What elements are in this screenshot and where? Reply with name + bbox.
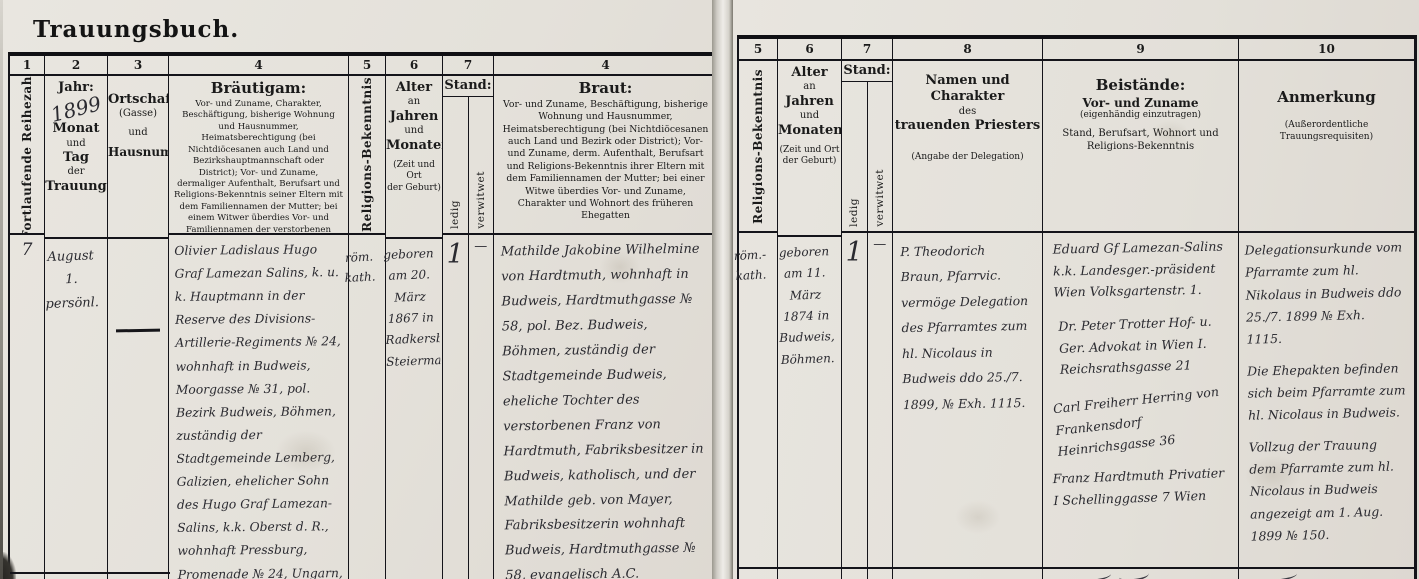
- entry-stand-groom: 1 —: [443, 235, 493, 579]
- datum-header-cell: Jahr: 1899 Monat und Tag der Trauung: [45, 76, 107, 239]
- column-number-9: 9: [1043, 39, 1238, 61]
- religion-header-label: Religions-Bekenntnis: [751, 69, 765, 224]
- anmerkung-paragraph: Vollzug der Trauung dem Pfarramte zum hl…: [1249, 433, 1409, 548]
- column-religion-groom: 5 Religions-Bekenntnis röm. kath.: [349, 56, 386, 579]
- und-label: und: [386, 125, 442, 138]
- an-label: an: [386, 96, 442, 109]
- braeutigam-header-cell: Bräutigam: Vor- und Zuname, Charakter, B…: [169, 76, 348, 235]
- ledig-label: ledig: [848, 198, 860, 227]
- priester-header-cell: Namen und Charakter des trauenden Priest…: [893, 61, 1042, 233]
- trauender-priester-label: trauenden Priesters: [893, 118, 1042, 134]
- entry-datum: August 1. persönl.: [39, 238, 113, 579]
- verwitwet-label: verwitwet: [874, 169, 886, 227]
- column-anmerkung: 10 Anmerkung (Außerordentliche Trauungsr…: [1239, 39, 1415, 579]
- alter-header-cell: Alter an Jahren und Monaten (Zeit und Or…: [778, 61, 841, 237]
- column-number-1: 1: [10, 56, 44, 76]
- entry-verwitwet-groom: —: [468, 235, 494, 579]
- witness-signature: Eduard Gf Lamezan-Salins k.k. Landesger.…: [1052, 235, 1232, 303]
- book-title: Trauungsbuch.: [33, 16, 239, 43]
- next-row-ink-fragment: [1119, 569, 1150, 579]
- braut-title: Braut:: [494, 79, 717, 97]
- entry-stand-bride: 1 —: [842, 233, 892, 579]
- religion-header-cell: Religions-Bekenntnis: [349, 76, 385, 235]
- ortschaft-label: Ortschaft: [108, 92, 168, 108]
- register-left-page: Trauungsbuch. 1 Fortlaufende Reihezahl 7…: [0, 0, 716, 579]
- anmerkung-header-cell: Anmerkung (Außerordentliche Trauungsrequ…: [1239, 61, 1414, 233]
- next-row-separator-left: [10, 572, 170, 574]
- beistaende-title: Beistände:: [1043, 76, 1238, 94]
- entry-anmerkung: Delegationsurkunde vom Pfarramte zum hl.…: [1235, 231, 1417, 579]
- column-number-5: 5: [739, 39, 777, 61]
- entry-ledig-bride: 1: [842, 233, 867, 579]
- column-priester: 8 Namen und Charakter des trauenden Prie…: [893, 39, 1043, 579]
- der-label: der: [45, 166, 107, 179]
- witness-signature: Franz Hardtmuth Privatier I Schellinggas…: [1052, 462, 1232, 512]
- ledig-label: ledig: [449, 200, 461, 229]
- stand-berufsart-label: Stand, Berufsart, Wohnort und: [1043, 128, 1238, 141]
- entry-verwitwet-bride: —: [867, 233, 893, 579]
- an-label: an: [778, 81, 841, 94]
- braeutigam-title: Bräutigam:: [169, 79, 348, 97]
- reihezahl-header-label: Fortlaufende Reihezahl: [20, 76, 34, 235]
- zeit-ort-label: (Zeit und Ort: [778, 145, 841, 157]
- right-table: 5 Religions-Bekenntnis röm.- kath. 6 Alt…: [737, 35, 1417, 579]
- stand-title: Stand:: [443, 76, 493, 97]
- column-stand-bride: 7 Stand: ledig verwitwet 1 —: [842, 39, 893, 579]
- eigenhaendig-label: (eigenhändig einzutragen): [1043, 110, 1238, 122]
- verwitwet-label: verwitwet: [475, 171, 487, 229]
- column-alter-bride: 6 Alter an Jahren und Monaten (Zeit und …: [778, 39, 842, 579]
- namen-charakter-label: Namen und Charakter: [893, 73, 1042, 106]
- jahren-label: Jahren: [778, 94, 841, 110]
- column-number-7: 7: [842, 39, 892, 61]
- anmerkung-paragraph: Die Ehepakten befinden sich beim Pfarram…: [1247, 357, 1406, 427]
- delegation-label: (Angabe der Delegation): [893, 152, 1042, 164]
- stand-title: Stand:: [842, 61, 892, 82]
- entry-ledig-groom: 1: [443, 235, 468, 579]
- alter-label: Alter: [778, 65, 841, 81]
- column-number-4: 4: [169, 56, 348, 76]
- column-number-5: 5: [349, 56, 385, 76]
- column-ortschaft: 3 Ortschaft (Gasse) und Hausnummer: [108, 56, 169, 579]
- witness-signature: Carl Freiherr Herring von Frankensdorf H…: [1050, 380, 1235, 463]
- und-label: und: [108, 127, 168, 140]
- entry-ortschaft-dash: [108, 239, 168, 579]
- column-stand-groom: 7 Stand: ledig verwitwet 1 —: [443, 56, 494, 579]
- column-braut: 4 Braut: Vor- und Zuname, Beschäftigung,…: [494, 56, 718, 579]
- zeit-ort-label: (Zeit und Ort: [386, 160, 442, 183]
- column-number-7: 7: [443, 56, 493, 76]
- column-beistaende: 9 Beistände: Vor- und Zuname (eigenhändi…: [1043, 39, 1239, 579]
- column-religion-bride: 5 Religions-Bekenntnis röm.- kath.: [739, 39, 778, 579]
- alter-header-cell: Alter an Jahren und Monaten (Zeit und Or…: [386, 76, 442, 239]
- geburt-label: der Geburt): [778, 156, 841, 168]
- left-table: 1 Fortlaufende Reihezahl 7 2 Jahr: 1899 …: [8, 52, 720, 579]
- entry-alter-bride: geboren am 11. März 1874 in Budweis, Böh…: [772, 236, 847, 579]
- verwitwet-header-cell: verwitwet: [468, 97, 494, 233]
- religion-header-cell: Religions-Bekenntnis: [739, 61, 777, 233]
- monaten-label: Monaten: [386, 138, 442, 154]
- column-number-10: 10: [1239, 39, 1414, 61]
- vor-zuname-label: Vor- und Zuname: [1043, 96, 1238, 110]
- scan-edge: [0, 0, 3, 579]
- register-right-page: Tomuspagina 5 Religions-Bekenntnis röm.-…: [733, 0, 1419, 579]
- verwitwet-header-cell: verwitwet: [867, 82, 893, 231]
- stand-header-cell: Stand: ledig verwitwet: [842, 61, 892, 233]
- anmerkung-title: Anmerkung: [1239, 88, 1414, 106]
- religion-header-label: Religions-Bekenntnis: [360, 77, 374, 232]
- entry-priester: P. Theodorich Braun, Pfarrvic. vermöge D…: [890, 232, 1045, 579]
- reihezahl-header-cell: Fortlaufende Reihezahl: [10, 76, 44, 235]
- witness-signature: Dr. Peter Trotter Hof- u. Ger. Advokat i…: [1052, 310, 1233, 381]
- braeutigam-description: Vor- und Zuname, Charakter, Beschäftigun…: [169, 99, 348, 235]
- entry-reihezahl: 7: [10, 235, 44, 579]
- column-number-2: 2: [45, 56, 107, 76]
- monaten-label: Monaten: [778, 123, 841, 139]
- gasse-label: (Gasse): [108, 108, 168, 121]
- column-alter-groom: 6 Alter an Jahren und Monaten (Zeit und …: [386, 56, 443, 579]
- column-number-6: 6: [778, 39, 841, 61]
- ortschaft-header-cell: Ortschaft (Gasse) und Hausnummer: [108, 76, 168, 239]
- ledig-header-cell: ledig: [842, 82, 867, 231]
- braut-header-cell: Braut: Vor- und Zuname, Beschäftigung, b…: [494, 76, 717, 235]
- religions-bekenntnis-label: Religions-Bekenntnis: [1043, 141, 1238, 154]
- column-number-6: 6: [386, 56, 442, 76]
- entry-braeutigam: Olivier Ladislaus Hugo Graf Lamezan Sali…: [167, 234, 350, 579]
- entry-beistaende: Eduard Gf Lamezan-Salins k.k. Landesger.…: [1043, 233, 1238, 579]
- dash-mark: [116, 329, 160, 333]
- column-number-3: 3: [108, 56, 168, 76]
- column-braeutigam: 4 Bräutigam: Vor- und Zuname, Charakter,…: [169, 56, 349, 579]
- next-row-separator-right: [739, 567, 1415, 569]
- trauungsrequisiten-label: (Außerordentliche Trauungsrequisiten): [1239, 120, 1414, 143]
- braut-description: Vor- und Zuname, Beschäftigung, bisherig…: [494, 99, 717, 223]
- geburt-label: der Geburt): [386, 183, 442, 195]
- entry-braut: Mathilde Jakobine Wilhelmine von Hardtmu…: [492, 233, 720, 579]
- column-number-8: 8: [893, 39, 1042, 61]
- und-label: und: [45, 138, 107, 151]
- alter-label: Alter: [386, 80, 442, 96]
- ledig-header-cell: ledig: [443, 97, 468, 233]
- column-number-4b: 4: [494, 56, 717, 76]
- stand-header-cell: Stand: ledig verwitwet: [443, 76, 493, 235]
- column-datum: 2 Jahr: 1899 Monat und Tag der Trauung A…: [45, 56, 108, 579]
- des-label: des: [893, 106, 1042, 119]
- column-reihezahl: 1 Fortlaufende Reihezahl 7: [10, 56, 45, 579]
- tag-label: Tag: [45, 150, 107, 166]
- hausnummer-label: Hausnummer: [108, 145, 168, 159]
- entry-alter-groom: geboren am 20. März 1867 in Radkersburg,…: [380, 238, 448, 579]
- beistaende-header-cell: Beistände: Vor- und Zuname (eigenhändig …: [1043, 61, 1238, 233]
- anmerkung-paragraph: Delegationsurkunde vom Pfarramte zum hl.…: [1244, 236, 1404, 351]
- und-label: und: [778, 110, 841, 123]
- trauung-label: Trauung: [45, 179, 107, 195]
- jahren-label: Jahren: [386, 109, 442, 125]
